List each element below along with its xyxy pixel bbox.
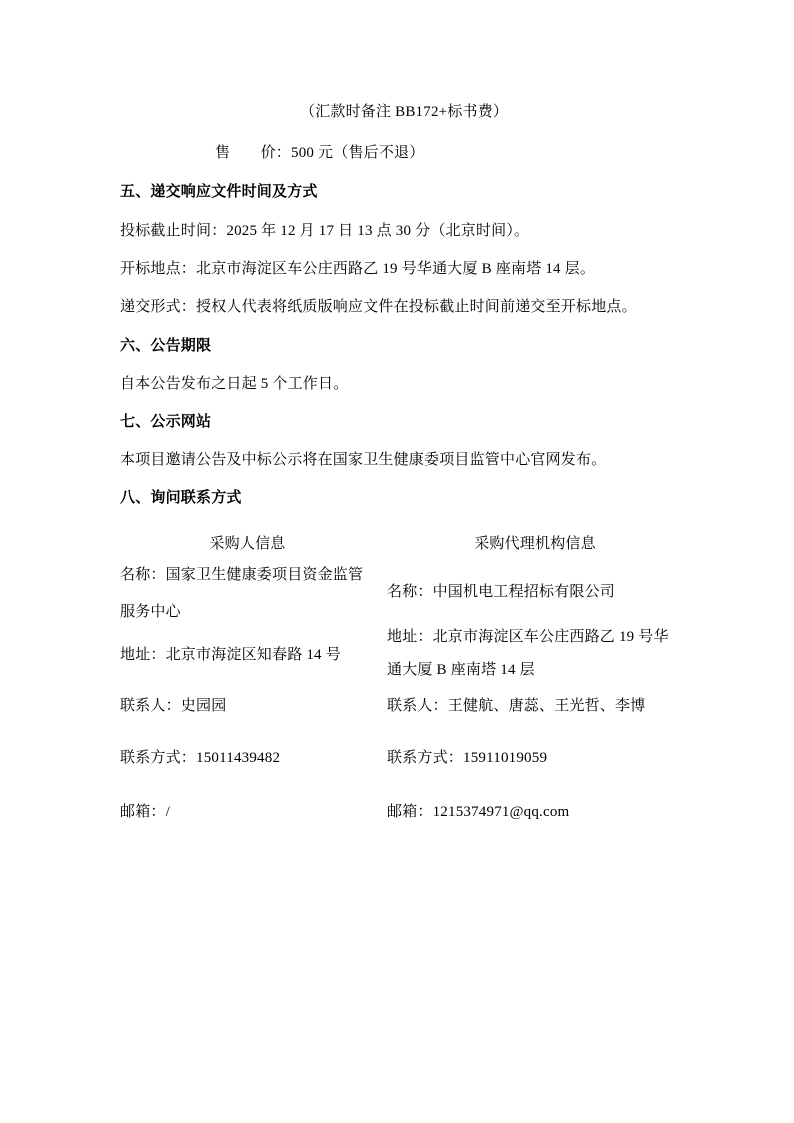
- agency-name: 名称：中国机电工程招标有限公司: [387, 584, 615, 601]
- purchaser-phone: 联系方式：15011439482: [120, 750, 280, 767]
- section-heading-eight: 八、询问联系方式: [120, 490, 242, 507]
- section-heading-five: 五、递交响应文件时间及方式: [120, 184, 318, 201]
- section-heading-six: 六、公告期限: [120, 338, 211, 355]
- agency-address: 地址：北京市海淀区车公庄西路乙 19 号华通大厦 B 座南塔 14 层: [387, 621, 677, 687]
- period-paragraph: 自本公告发布之日起 5 个工作日。: [120, 376, 348, 393]
- purchaser-contact-person: 联系人：史园园: [120, 698, 226, 715]
- purchaser-info-header: 采购人信息: [120, 536, 375, 553]
- submission-paragraph: 递交形式：授权人代表将纸质版响应文件在投标截止时间前递交至开标地点。: [120, 299, 637, 316]
- purchaser-address: 地址：北京市海淀区知春路 14 号: [120, 647, 341, 664]
- agency-email: 邮箱：1215374971@qq.com: [387, 804, 569, 821]
- price-line: 售 价：500 元（售后不退）: [215, 145, 424, 162]
- website-paragraph: 本项目邀请公告及中标公示将在国家卫生健康委项目监管中心官网发布。: [120, 452, 606, 469]
- section-heading-seven: 七、公示网站: [120, 414, 211, 431]
- agency-phone: 联系方式：15911019059: [387, 750, 547, 767]
- agency-contact-person: 联系人：王健航、唐蕊、王光哲、李博: [387, 698, 645, 715]
- remittance-note-line: （汇款时备注 BB172+标书费）: [300, 104, 508, 121]
- purchaser-name: 名称：国家卫生健康委项目资金监管服务中心: [120, 557, 368, 631]
- agency-info-header: 采购代理机构信息: [385, 536, 685, 553]
- venue-paragraph: 开标地点：北京市海淀区车公庄西路乙 19 号华通大厦 B 座南塔 14 层。: [120, 261, 595, 278]
- document-page: （汇款时备注 BB172+标书费） 售 价：500 元（售后不退） 五、递交响应…: [0, 0, 794, 1123]
- deadline-paragraph: 投标截止时间：2025 年 12 月 17 日 13 点 30 分（北京时间）。: [120, 223, 529, 240]
- purchaser-email: 邮箱：/: [120, 804, 170, 821]
